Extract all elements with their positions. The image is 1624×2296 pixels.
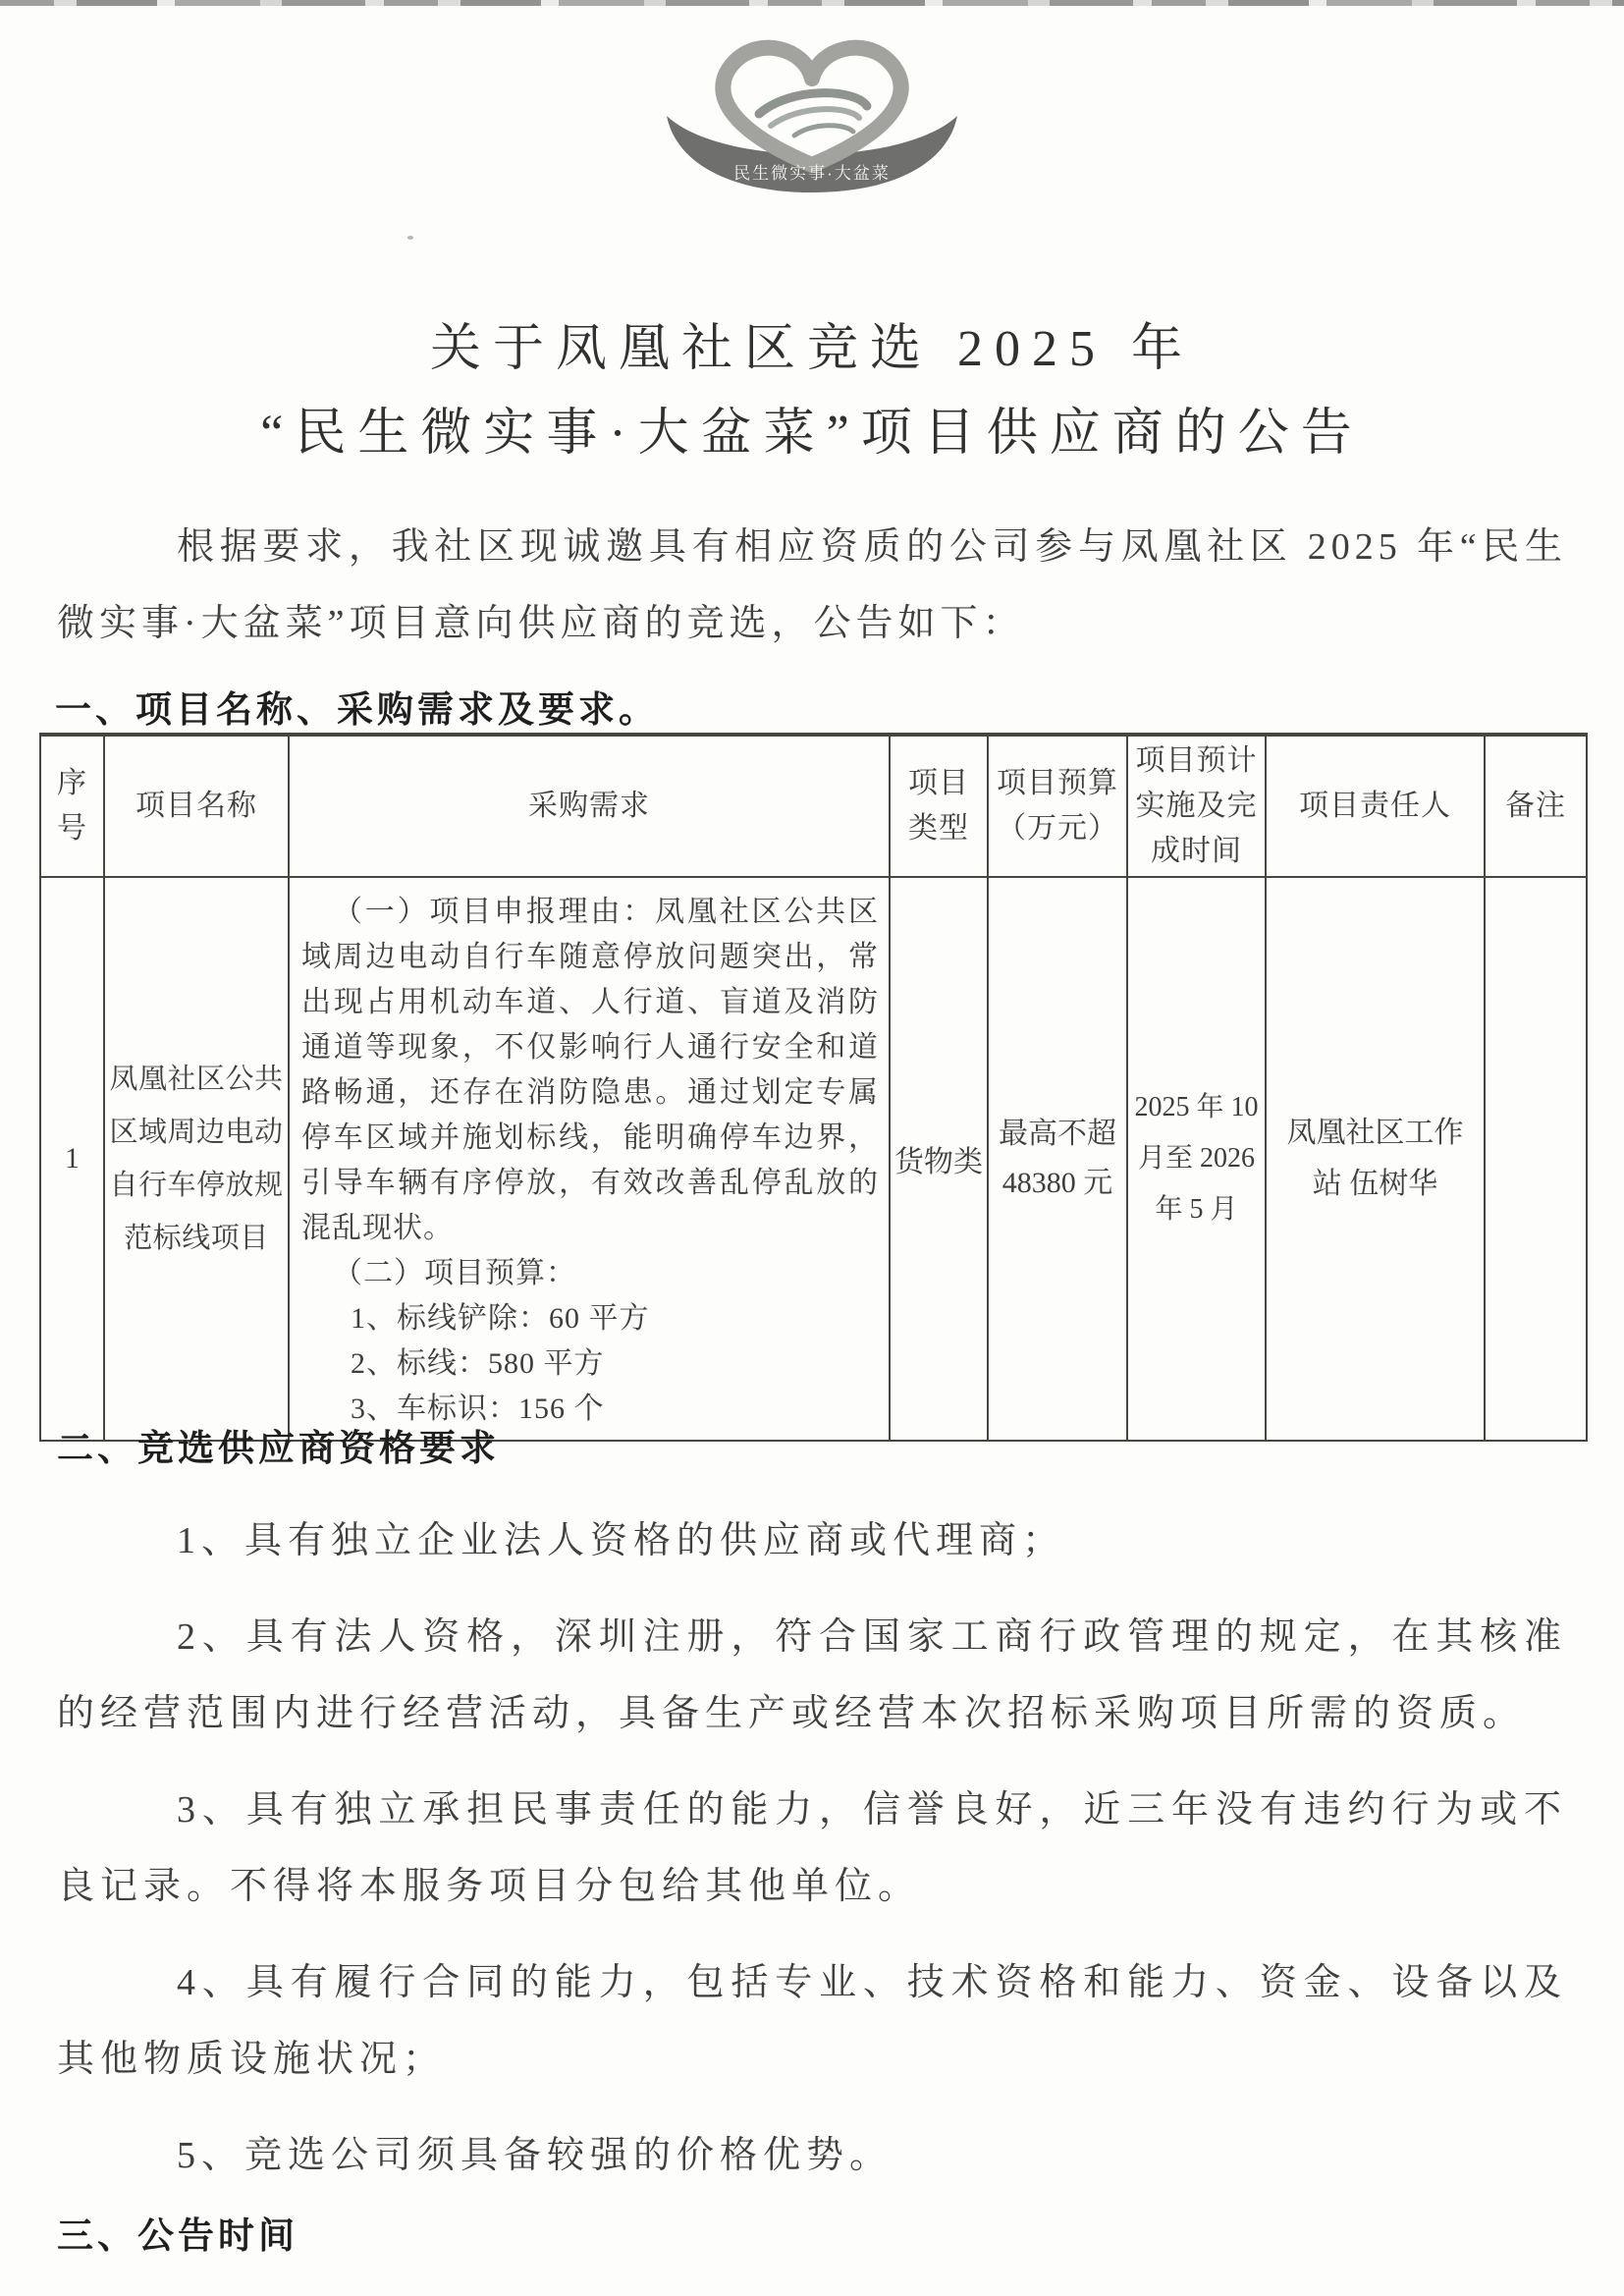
demand-item: 1、标线铲除：60 平方 [301, 1296, 879, 1341]
requirement-item-1: 1、具有独立企业法人资格的供应商或代理商； [57, 1503, 1567, 1579]
table-header-row: 序号 项目名称 采购需求 项目类型 项目预算（万元） 项目预计实施及完成时间 项… [40, 735, 1587, 877]
intro-paragraph: 根据要求，我社区现诚邀具有相应资质的公司参与凤凰社区 2025 年“民生微实事·… [57, 509, 1567, 662]
section2-heading: 二、竞选供应商资格要求 [57, 1418, 1567, 1471]
logo-heart-icon [723, 48, 900, 165]
demand-cell: （一）项目申报理由：凤凰社区公共区域周边电动自行车随意停放问题突出，常出现占用机… [289, 877, 890, 1441]
col-header-budget: 项目预算（万元） [988, 735, 1127, 877]
doc-title-line1: 关于凤凰社区竞选 2025 年 [0, 306, 1624, 380]
col-header-type: 项目类型 [890, 735, 988, 877]
budget-cell: 最高不超 48380 元 [988, 877, 1127, 1441]
schedule-cell: 2025 年 10 月至 2026 年 5 月 [1127, 877, 1266, 1441]
owner-cell: 凤凰社区工作站 伍树华 [1266, 877, 1485, 1441]
remark-cell [1485, 877, 1587, 1441]
type-cell: 货物类 [890, 877, 988, 1441]
col-header-seq: 序号 [40, 735, 104, 877]
doc-title-line2: “民生微实事·大盆菜”项目供应商的公告 [0, 391, 1624, 465]
seq-cell: 1 [40, 877, 104, 1441]
section3-heading: 三、公告时间 [57, 2206, 1567, 2259]
col-header-owner: 项目责任人 [1266, 735, 1485, 877]
logo-graphic: 民生微实事·大盆菜 [653, 22, 971, 204]
section2-block: 二、竞选供应商资格要求 1、具有独立企业法人资格的供应商或代理商； 2、具有法人… [57, 1418, 1567, 2259]
minsheng-logo: 民生微实事·大盆菜 [653, 22, 971, 204]
col-header-schedule: 项目预计实施及完成时间 [1127, 735, 1266, 877]
col-header-demand: 采购需求 [289, 735, 890, 877]
procurement-table: 序号 项目名称 采购需求 项目类型 项目预算（万元） 项目预计实施及完成时间 项… [39, 733, 1588, 1442]
table-row: 1 凤凰社区公共区域周边电动自行车停放规范标线项目 （一）项目申报理由：凤凰社区… [40, 877, 1587, 1441]
requirement-item-5: 5、竞选公司须具备较强的价格优势。 [57, 2117, 1567, 2194]
demand-budget-title: （二）项目预算： [301, 1251, 879, 1296]
requirement-item-2: 2、具有法人资格，深圳注册，符合国家工商行政管理的规定，在其核准的经营范围内进行… [57, 1599, 1567, 1752]
project-name-cell: 凤凰社区公共区域周边电动自行车停放规范标线项目 [104, 877, 289, 1441]
requirement-item-4: 4、具有履行合同的能力，包括专业、技术资格和能力、资金、设备以及其他物质设施状况… [57, 1944, 1567, 2098]
section1-heading: 一、项目名称、采购需求及要求。 [55, 680, 659, 733]
demand-item: 2、标线：580 平方 [301, 1341, 879, 1387]
scanner-artifact-streak [0, 0, 1624, 6]
logo-banner-text: 民生微实事·大盆菜 [733, 164, 891, 183]
document-page: 民生微实事·大盆菜 关于凤凰社区竞选 2025 年 “民生微实事·大盆菜”项目供… [0, 0, 1624, 2296]
requirement-item-3: 3、具有独立承担民事责任的能力，信誉良好，近三年没有违约行为或不良记录。不得将本… [57, 1772, 1567, 1925]
col-header-name: 项目名称 [104, 735, 289, 877]
demand-reason: （一）项目申报理由：凤凰社区公共区域周边电动自行车随意停放问题突出，常出现占用机… [301, 890, 879, 1251]
col-header-remark: 备注 [1485, 735, 1587, 877]
scan-speck [407, 236, 413, 240]
